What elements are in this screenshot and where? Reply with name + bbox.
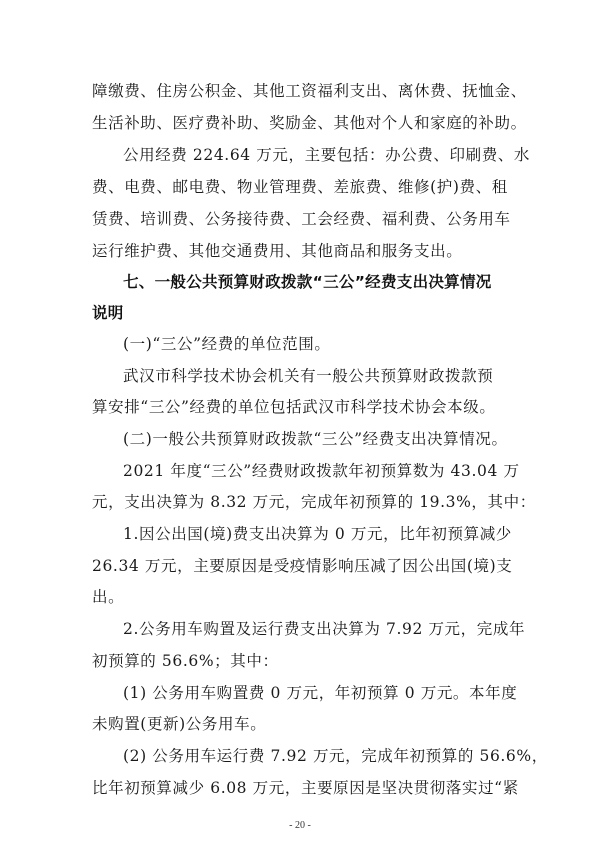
subsection-title: (二)一般公共预算财政拨款“三公”经费支出决算情况。 — [123, 429, 543, 449]
text-line: 运行维护费、其他交通费用、其他商品和服务支出。 — [92, 241, 512, 261]
text-line: 障缴费、住房公积金、其他工资福利支出、离休费、抚恤金、 — [92, 81, 512, 101]
text-line: 生活补助、医疗费补助、奖励金、其他对个人和家庭的补助。 — [92, 113, 512, 133]
text-line: 算安排“三公”经费的单位包括武汉市科学技术协会本级。 — [92, 397, 512, 417]
text-line: 26.34 万元，主要原因是受疫情影响压减了因公出国(境)支 — [92, 556, 512, 576]
text-line: 初预算的 56.6%；其中： — [92, 651, 512, 671]
document-page: 障缴费、住房公积金、其他工资福利支出、离休费、抚恤金、 生活补助、医疗费补助、奖… — [0, 0, 600, 848]
text-line: 1.因公出国(境)费支出决算为 0 万元，比年初预算减少 — [123, 524, 543, 544]
text-line: 武汉市科学技术协会机关有一般公共预算财政拨款预 — [123, 366, 543, 386]
text-line: 2021 年度“三公”经费财政拨款年初预算数为 43.04 万 — [123, 461, 543, 481]
text-line: (2) 公务用车运行费 7.92 万元，完成年初预算的 56.6%， — [123, 746, 543, 766]
text-line: 出。 — [92, 587, 512, 607]
subsection-title: (一)“三公”经费的单位范围。 — [123, 334, 543, 354]
text-line: 未购置(更新)公务用车。 — [92, 714, 512, 734]
text-line: (1) 公务用车购置费 0 万元，年初预算 0 万元。本年度 — [123, 683, 543, 703]
text-line: 公用经费 224.64 万元，主要包括：办公费、印刷费、水 — [123, 145, 543, 165]
section-heading: 七、一般公共预算财政拨款“三公”经费支出决算情况 — [123, 272, 543, 292]
section-heading-continued: 说明 — [92, 303, 512, 323]
text-line: 比年初预算减少 6.08 万元，主要原因是坚决贯彻落实过“紧 — [92, 778, 512, 798]
text-line: 元，支出决算为 8.32 万元，完成年初预算的 19.3%，其中： — [92, 492, 512, 512]
page-number: - 20 - — [0, 820, 600, 831]
text-line: 赁费、培训费、公务接待费、工会经费、福利费、公务用车 — [92, 209, 512, 229]
text-line: 2.公务用车购置及运行费支出决算为 7.92 万元，完成年 — [123, 619, 543, 639]
text-line: 费、电费、邮电费、物业管理费、差旅费、维修(护)费、租 — [92, 177, 512, 197]
